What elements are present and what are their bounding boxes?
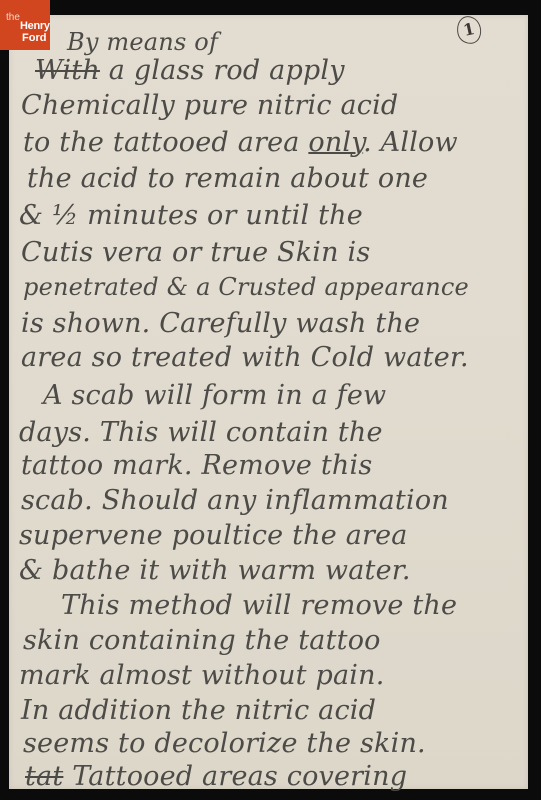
handwritten-line-20: In addition the nitric acid xyxy=(21,695,376,726)
handwritten-line-9: is shown. Carefully wash the xyxy=(21,308,420,339)
handwritten-line-4: to the tattooed area only. Allow xyxy=(23,127,458,158)
handwritten-line-2: With a glass rod apply xyxy=(35,55,345,86)
handwritten-line-16: & bathe it with warm water. xyxy=(19,555,411,586)
handwritten-line-12: days. This will contain the xyxy=(19,417,383,448)
handwritten-line-21: seems to decolorize the skin. xyxy=(23,728,426,759)
logo-henry: Henry xyxy=(20,21,50,32)
handwritten-line-14: scab. Should any inflammation xyxy=(21,485,449,516)
handwritten-line-8: penetrated & a Crusted appearance xyxy=(23,273,469,301)
struck-word: With xyxy=(35,55,100,86)
handwritten-line-22: tat Tattooed areas covering xyxy=(25,761,407,792)
handwritten-line-19: mark almost without pain. xyxy=(19,660,384,691)
handwritten-line-18: skin containing the tattoo xyxy=(23,625,381,656)
handwritten-line-15: supervene poultice the area xyxy=(19,520,408,551)
logo-the: the xyxy=(6,13,20,23)
document-page: 1 By means of With a glass rod apply Che… xyxy=(9,15,528,789)
struck-word: tat xyxy=(25,761,63,792)
handwritten-line-5: the acid to remain about one xyxy=(27,163,428,194)
handwritten-line-3: Chemically pure nitric acid xyxy=(21,90,398,121)
handwritten-line-10: area so treated with Cold water. xyxy=(21,342,469,373)
handwritten-line-11: A scab will form in a few xyxy=(43,380,386,411)
handwritten-line-7: Cutis vera or true Skin is xyxy=(21,237,370,268)
handwritten-line-17: This method will remove the xyxy=(61,590,457,621)
henry-ford-logo: the Henry Ford xyxy=(0,0,50,50)
handwritten-line-6: & ½ minutes or until the xyxy=(19,200,363,231)
logo-ford: Ford xyxy=(22,33,46,44)
page-number-circle: 1 xyxy=(454,14,483,46)
underlined-word: only xyxy=(308,127,363,158)
handwritten-line-13: tattoo mark. Remove this xyxy=(21,450,372,481)
handwritten-line-1: By means of xyxy=(67,28,218,56)
